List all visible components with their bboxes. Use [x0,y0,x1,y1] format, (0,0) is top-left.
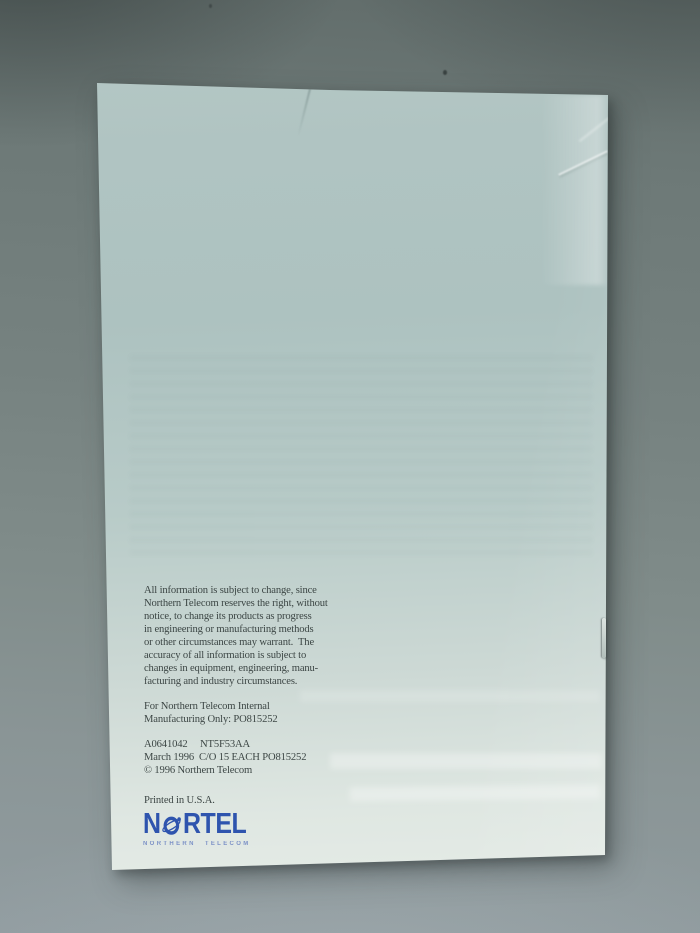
nortel-tagline: NORTHERN TELECOM [143,841,263,847]
edge-highlight [540,95,608,285]
internal-use-text: For Northern Telecom Internal Manufactur… [144,700,328,726]
nortel-wordmark: N RTEL [143,810,246,839]
disclaimer-line: changes in equipment, engineering, manu- [144,662,328,675]
disclaimer-line: in engineering or manufacturing methods [144,623,328,636]
disclaimer-line: Northern Telecom reserves the right, wit… [144,597,328,610]
photo-scene: All information is subject to change, si… [0,0,700,933]
part-number-line: A0641042 NT5F53AA [144,738,328,751]
disclaimer-text: All information is subject to change, si… [144,584,328,688]
paper-sheet: All information is subject to change, si… [0,0,700,933]
light-band [350,785,600,802]
printed-in-line: Printed in U.S.A. [144,794,328,807]
internal-line: Manufacturing Only: PO815252 [144,713,328,726]
order-info-text: A0641042 NT5F53AA March 1996 C/O 15 EACH… [144,738,328,777]
copyright-line: © 1996 Northern Telecom [144,764,328,777]
disclaimer-line: accuracy of all information is subject t… [144,649,328,662]
booklet-back-cover: All information is subject to change, si… [0,0,700,933]
staple [602,618,606,658]
light-band [300,690,600,702]
printed-in-text: Printed in U.S.A. [144,794,328,807]
wordmark-prefix: N [143,810,161,839]
crease-mark [297,89,311,138]
page-showthrough [130,355,592,555]
disclaimer-line: notice, to change its products as progre… [144,610,328,623]
order-date-line: March 1996 C/O 15 EACH PO815252 [144,751,328,764]
disclaimer-line: All information is subject to change, si… [144,584,328,597]
light-band [330,753,602,769]
disclaimer-line: facturing and industry circumstances. [144,675,328,688]
wordmark-suffix: RTEL [183,810,246,839]
imprint-block: All information is subject to change, si… [144,584,328,807]
nortel-globe-icon [161,813,182,837]
disclaimer-line: or other circumstances may warrant. The [144,636,328,649]
nortel-logo: N RTEL NORTHERN TELECOM [143,810,263,847]
internal-line: For Northern Telecom Internal [144,700,328,713]
